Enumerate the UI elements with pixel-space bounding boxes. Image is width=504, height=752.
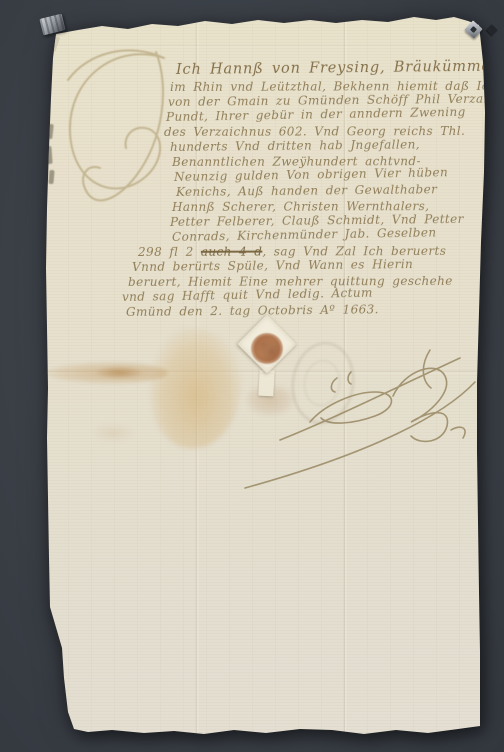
manuscript-paper: J Ich Hannß von Freysing, Bräukümment im…: [0, 0, 504, 752]
photo-background: J Ich Hannß von Freysing, Bräukümment im…: [0, 0, 504, 752]
faint-stain-bottomleft: [92, 424, 134, 442]
manuscript-line: Kenichs, Auß handen der Gewalthaber: [176, 182, 437, 199]
amount-text: 298 fl 2: [138, 245, 201, 259]
manuscript-date-line: Gmünd den 2. tag Octobris Aº 1663.: [126, 302, 379, 319]
manuscript-line: des Verzaichnus 602. Vnd Georg reichs Th…: [164, 124, 465, 139]
manuscript-line: hunderts Vnd dritten hab Jngefallen,: [170, 137, 420, 154]
amount-text-rest: , sag Vnd Zal Ich beruerts: [262, 244, 446, 259]
struck-out-text: auch 4 d: [201, 245, 263, 259]
manuscript-line: Vnnd berürts Spüle, Vnd Wann es Hierin: [132, 257, 413, 274]
manuscript-line: vnd sag Hafft quit Vnd ledig. Actum: [122, 286, 373, 304]
manuscript-line: Ich Hannß von Freysing, Bräukümment: [176, 59, 504, 78]
wax-seal-icon: [251, 333, 283, 364]
initial-letter: J: [0, 0, 1, 1]
paper-shadow: J Ich Hannß von Freysing, Bräukümment im…: [0, 0, 504, 752]
